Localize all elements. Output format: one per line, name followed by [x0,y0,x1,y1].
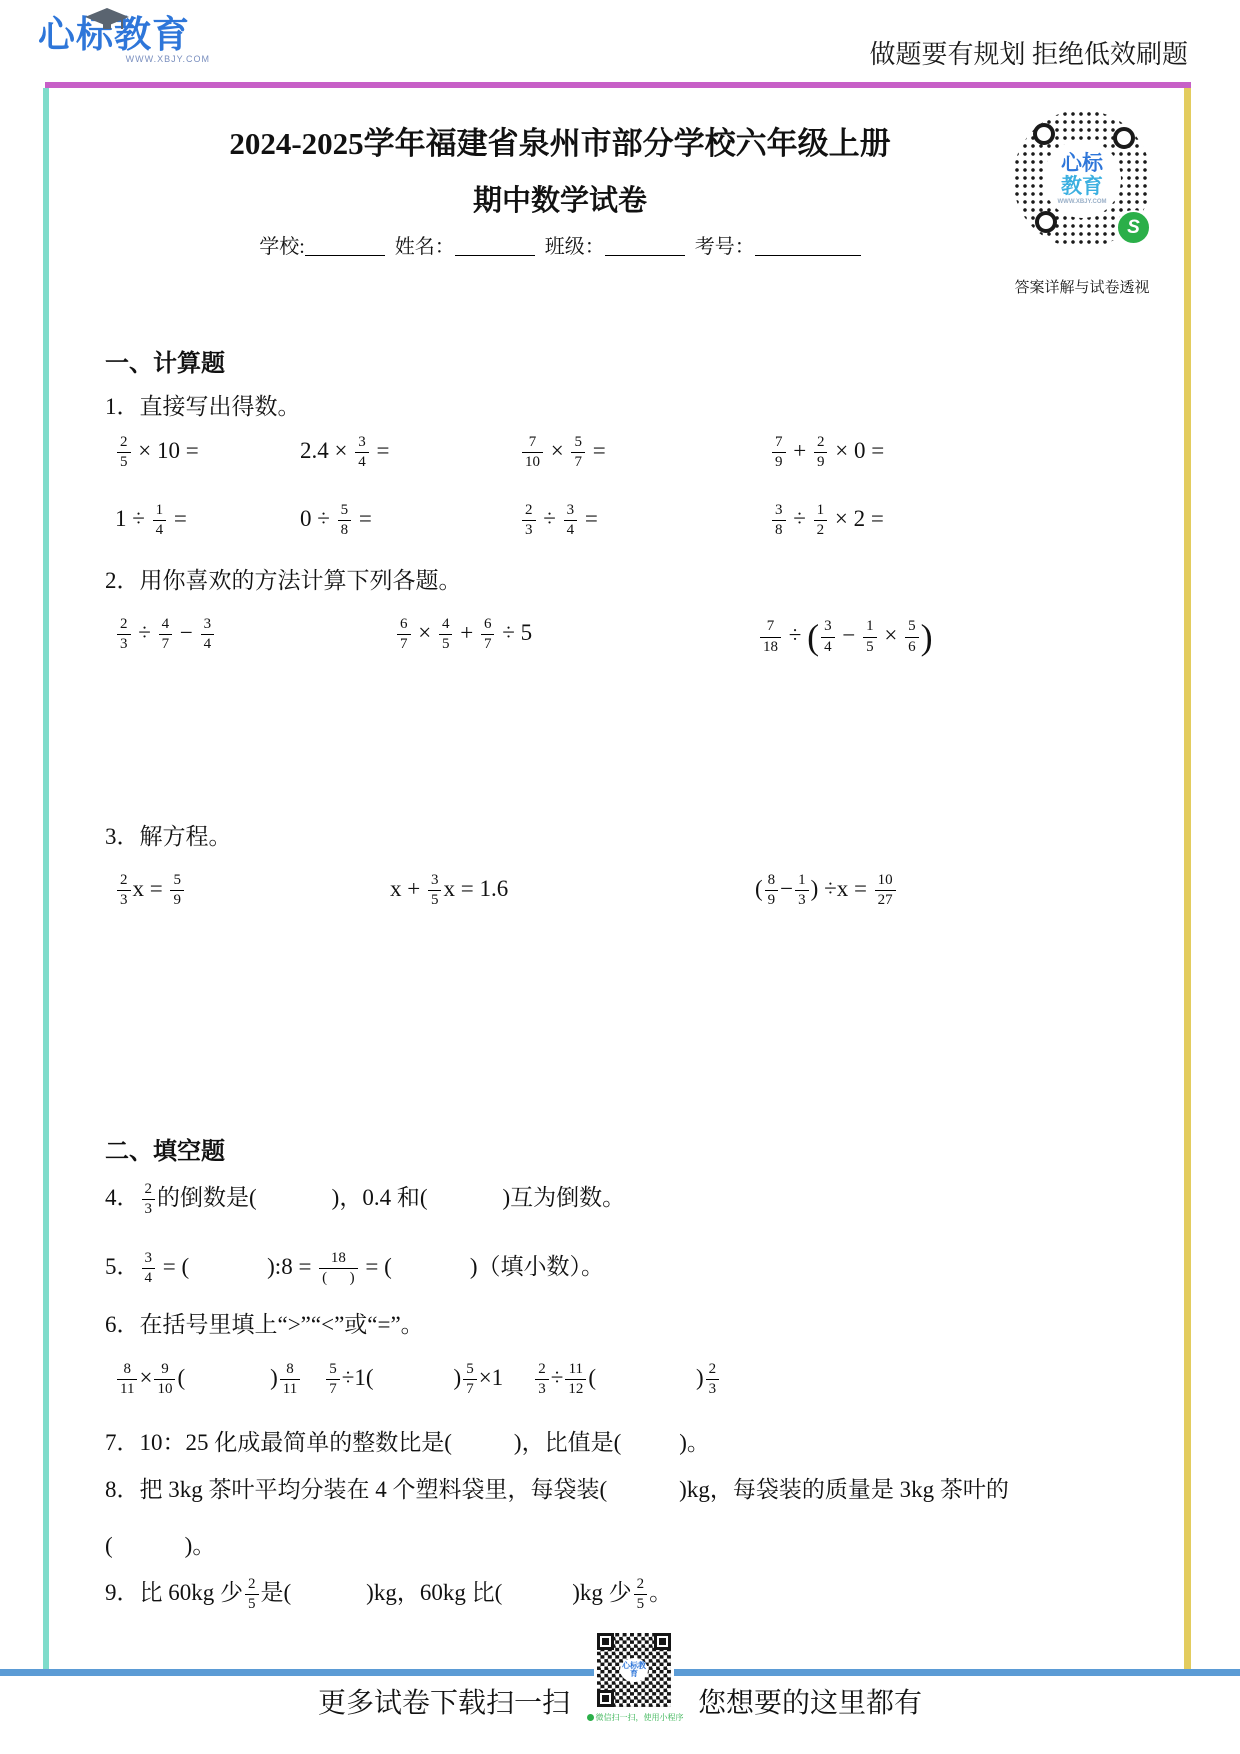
footer-left-text: 更多试卷下载扫一扫 [318,1681,570,1721]
field-exam-number: 考号： [695,230,861,259]
qr-finder-square [654,1633,671,1650]
q2-label: 2．用你喜欢的方法计算下列各题。 [105,562,462,595]
left-border-line [43,88,49,1669]
q1-expression-2: 2.4 × 34 = [300,434,389,472]
q2-expression-3: 718 ÷ (34 − 15 × 56) [758,616,933,658]
qr-finder-square [597,1690,614,1707]
qr-logo-url: WWW.XBJY.COM [1058,199,1107,205]
header-tagline: 做题要有规划 拒绝低效刷题 [869,34,1188,71]
qr-logo-line1: 心标 [1061,153,1103,175]
qr-center-logo: 心标 教育 WWW.XBJY.COM [1043,140,1121,218]
q9-line: 9．比 60kg 少25是()kg，60kg 比()kg 少25。 [105,1574,672,1613]
section1-heading: 一、计算题 [105,343,225,378]
q1-expression-3: 710 × 57 = [520,434,606,472]
field-exam-number-label: 考号： [695,236,755,258]
field-name-blank [455,237,535,256]
field-class: 班级： [545,230,685,259]
field-name: 姓名： [395,230,535,259]
qr-center-logo-small: 心标教育 [620,1658,648,1682]
q8-line1: 8．把 3kg 茶叶平均分装在 4 个塑料袋里，每袋装()kg，每袋装的质量是 … [105,1471,1009,1504]
field-school-blank [305,237,385,256]
q3-equation-3: (89−13) ÷x = 1027 [755,872,898,910]
download-qr-code: 心标教育 [594,1630,674,1710]
graduation-cap-icon [84,7,130,33]
q2-expression-2: 67 × 45 + 67 ÷ 5 [395,616,532,654]
q4-line: 4．23的倒数是()，0.4 和()互为倒数。 [105,1179,625,1218]
q1-expression-5: 1 ÷ 14 = [115,502,187,540]
section2-heading: 二、填空题 [105,1131,225,1166]
brand-url: WWW.XBJY.COM [38,54,210,64]
student-info-row: 学校: 姓名： 班级： 考号： [45,230,1075,259]
exam-title: 2024-2025学年福建省泉州市部分学校六年级上册 [45,118,1075,163]
q8-line2: ()。 [105,1527,215,1560]
q3-equation-1: 23x = 59 [115,872,186,910]
q3-equation-2: x + 35x = 1.6 [390,872,508,910]
field-class-blank [605,237,685,256]
right-border-line [1184,88,1191,1669]
q1-expression-7: 23 ÷ 34 = [520,502,598,540]
qr-finder-ring [1113,127,1135,149]
qr-finder-square [597,1633,614,1650]
qr-sub-caption: 微信扫一扫，使用小程序 [560,1712,710,1723]
field-exam-number-blank [755,237,861,256]
q1-label: 1．直接写出得数。 [105,388,301,421]
q5-line: 5．34 = ():8 = 18( ) = ()（填小数）。 [105,1248,604,1287]
q1-expression-8: 38 ÷ 12 × 2 = [770,502,884,540]
answers-qr-code: 心标 教育 WWW.XBJY.COM S [1013,110,1151,248]
field-name-label: 姓名： [395,236,455,258]
q2-expression-1: 23 ÷ 47 − 34 [115,616,216,654]
qr-sub-text: 微信扫一扫，使用小程序 [596,1713,684,1722]
qr-finder-ring [1033,123,1055,145]
exam-page: 心标教育 WWW.XBJY.COM 做题要有规划 拒绝低效刷题 2024-202… [0,0,1240,1754]
q3-label: 3．解方程。 [105,818,232,851]
q7-line: 7．10：25 化成最简单的整数比是()，比值是()。 [105,1424,710,1457]
q6-label: 6．在括号里填上“>”“<”或“=”。 [105,1306,424,1339]
field-class-label: 班级： [545,236,605,258]
q1-expression-4: 79 + 29 × 0 = [770,434,884,472]
qr-caption: 答案详解与试卷透视 [1003,276,1161,297]
q1-expression-1: 25 × 10 = [115,434,199,472]
footer-right-text: 您想要的这里都有 [698,1681,922,1721]
exam-subtitle: 期中数学试卷 [45,178,1075,219]
field-school: 学校: [259,230,385,259]
top-divider-line [45,82,1191,88]
brand-logo: 心标教育 WWW.XBJY.COM [38,16,213,64]
wechat-icon-small [587,1714,594,1721]
wechat-miniprogram-icon: S [1116,210,1151,245]
q1-expression-6: 0 ÷ 58 = [300,502,372,540]
qr-finder-ring [1035,211,1057,233]
qr-logo-line2: 教育 [1061,176,1103,198]
q6-comparison-line: 811×910()81157÷1()57×123÷1112()23 [115,1361,721,1399]
field-school-label: 学校: [259,236,305,258]
